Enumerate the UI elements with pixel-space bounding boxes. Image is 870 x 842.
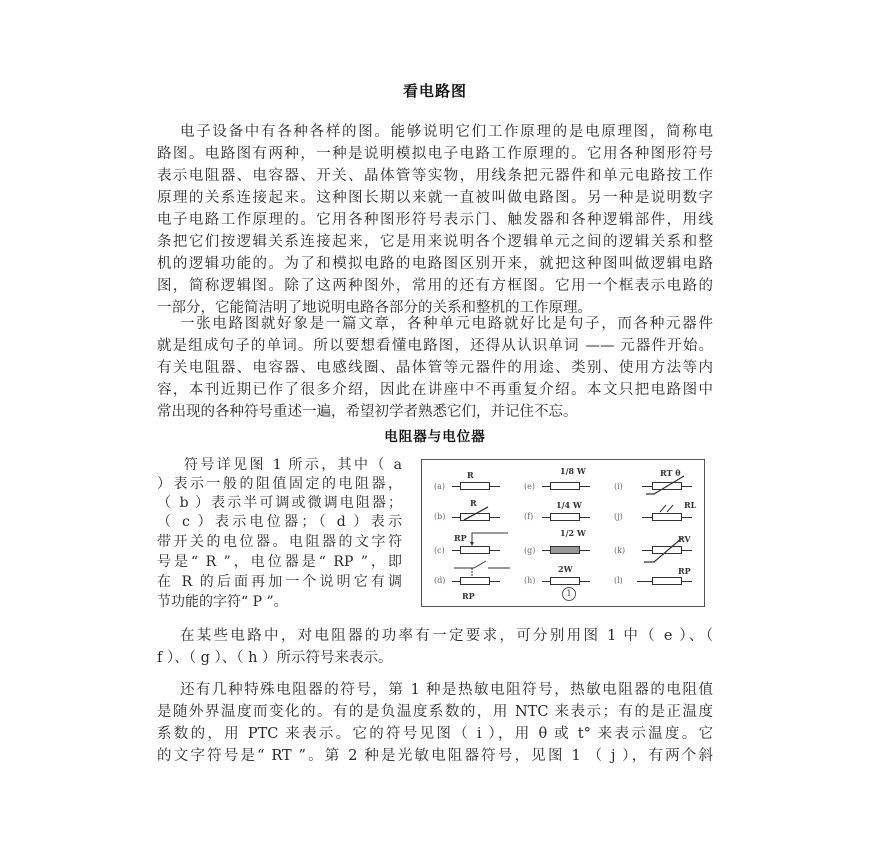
figure-item-label: 1/4 W [556,500,582,510]
text-line: 一张电路图就好象是一篇文章，各种单元电路就好比是句子，而各种元器件 [180,314,713,334]
figure-item-label: R [467,470,474,480]
resistor-two-watt-icon [550,577,580,585]
figure-item-id: (j) [614,512,623,521]
figure-item-label: 1/8 W [560,466,586,476]
resistor-quarter-watt-icon [550,513,580,521]
figure-caption: 1 [562,587,576,601]
figure-item-id: (d) [434,576,445,585]
text-line: 电子电路工作原理的。它用各种图形符号表示门、触发器和各种逻辑部件，用线 [157,210,713,230]
text-line: 还有几种特殊电阻器的符号，第 1 种是热敏电阻符号，热敏电阻器的电阻值 [180,680,713,700]
figure-item-id: (h) [524,576,535,585]
voltage-slope-icon [642,536,686,564]
figure-item-label: RL [684,500,696,510]
text-line: 符号详见图 1 所示，其中（ a [184,456,402,475]
section-heading: 电阻器与电位器 [0,425,870,445]
text-line: 节功能的字符“ P ”。 [157,593,402,612]
text-line: 在 R 的后面再加一个说明它有调 [157,573,402,592]
text-line: 是随外界温度而变化的。有的是负温度系数的，用 NTC 来表示；有的是正温度 [157,702,713,722]
figure-item-label: RP [462,591,475,601]
figure-item-id: (a) [434,482,445,491]
text-line: 号是“ R ”，电位器是“ RP ”，即 [157,553,402,572]
text-line: 带开关的电位器。电阻器的文字符 [157,533,402,552]
figure-item-id: (g) [524,546,535,555]
figure-item-label: RP [454,533,467,543]
figure-item-id: (f) [524,512,533,521]
text-line: 原理的关系连接起来。这种图长期以来就一直被叫做电路图。另一种是说明数字 [157,188,713,208]
text-line: 系数的，用 PTC 来表示。它的符号见图（ i ），用 θ 或 t° 来表示温度… [157,724,713,744]
text-line: 有关电阻器、电容器、电感线圈、晶体管等元器件的用途、类别、使用方法等内 [157,358,713,378]
resistor-icon [460,482,490,490]
thermal-slope-icon [644,474,688,496]
text-line: 容，本刊近期已作了很多介绍，因此在讲座中不再重复介绍。本文只把电路图中 [157,380,713,400]
text-line: （ b ）表示半可调或微调电阻器； [157,494,402,513]
text-line: 就是组成句子的单词。所以要想看懂电路图，还得从认识单词 —— 元器件开始。 [157,336,713,356]
text-line: 表示电阻器、电容器、开关、晶体管等实物，用线条把元器件和单元电路按工作 [157,166,713,186]
text-line: 图，简称逻辑图。除了这两种图外，常用的还有方框图。它用一个框表示电路的 [157,276,713,296]
light-arrows-icon [658,502,678,514]
figure-item-id: (l) [614,576,623,585]
text-line: 的文字符号是“ RT ”。第 2 种是光敏电阻器符号，见图 1 （ j ），有两… [157,746,713,766]
text-line: 在某些电路中，对电阻器的功率有一定要求，可分别用图 1 中（ e ）、（ [180,626,713,646]
figure-item-id: (b) [434,512,445,521]
fusible-resistor-icon [652,577,682,585]
trim-arrow-icon [462,504,492,522]
text-line: ）表示一般的阻值固定的电阻器， [157,475,402,494]
switch-icon [452,558,512,578]
text-line: 路图。电路图有两种，一种是说明模拟电子电路工作原理的。它用各种图形符号 [157,144,713,164]
text-line: 条把它们按逻辑关系连接起来，它是用来说明各个逻辑单元之间的逻辑关系和整 [157,232,713,252]
resistor-eighth-watt-icon [550,482,580,490]
document-page: 看电路图 电子设备中有各种各样的图。能够说明它们工作原理的是电原理图，简称电 路… [0,0,870,842]
text-line: 电子设备中有各种各样的图。能够说明它们工作原理的是电原理图，简称电 [180,122,713,142]
figure-item-id: (i) [614,482,623,491]
figure-item-label: 1/2 W [560,528,586,538]
text-line: 常出现的各种符号重述一遍，希望初学者熟悉它们，并记住不忘。 [157,402,713,422]
figure-item-label: 2W [558,564,573,574]
text-line: f ）、（ g ）、（ h ）所示符号来表示。 [157,648,713,668]
figure-item-id: (e) [524,482,535,491]
text-line: 机的逻辑功能的。为了和模拟电路的电路图区别开来，就把这种图叫做逻辑电路 [157,254,713,274]
figure-resistor-symbols: (a) R (b) R (c) RP (d) RP (e) 1/8 W (f) … [421,459,705,607]
resistor-half-watt-icon [550,546,580,554]
text-line: （ c ）表示电位器；（ d ）表示 [157,513,402,532]
page-title: 看电路图 [0,80,870,101]
wiper-arrow-icon [470,530,510,548]
figure-item-label: RP [678,566,691,576]
switch-potentiometer-icon [460,577,490,585]
figure-item-id: (k) [614,546,625,555]
photoresistor-icon [652,513,682,521]
figure-item-id: (c) [434,546,445,555]
